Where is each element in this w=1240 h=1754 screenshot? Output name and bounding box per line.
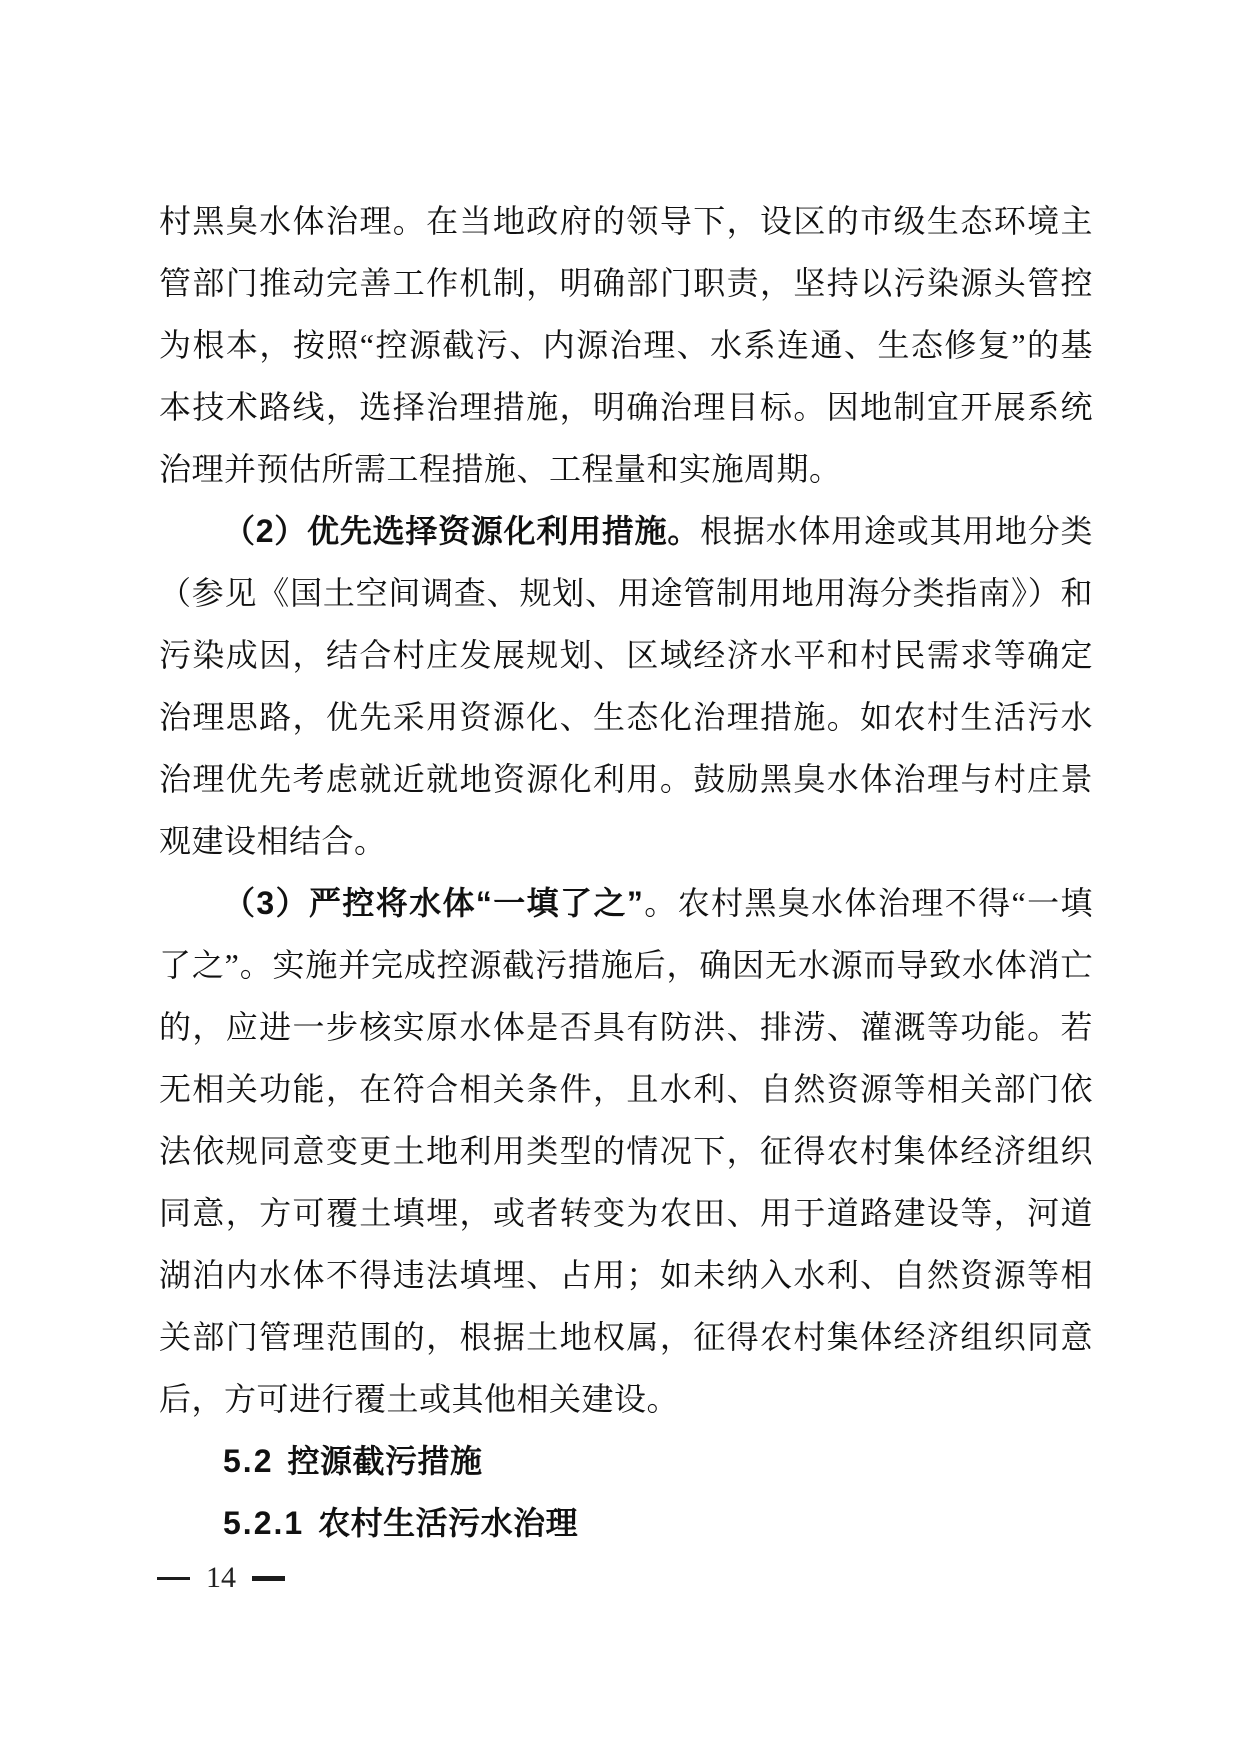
paragraph-item-3: （3）严控将水体“一填了之”。农村黑臭水体治理不得“一填了之”。实施并完成控源截… <box>159 872 1093 1430</box>
paragraph-1-text: 村黑臭水体治理。在当地政府的领导下，设区的市级生态环境主管部门推动完善工作机制，… <box>159 203 1093 487</box>
paragraph-3-text: 。农村黑臭水体治理不得“一填了之”。实施并完成控源截污措施后，确因无水源而导致水… <box>159 885 1093 1417</box>
page-number: 14 <box>206 1563 236 1593</box>
paragraph-2-text: 根据水体用途或其用地分类（参见《国土空间调查、规划、用途管制用地用海分类指南》）… <box>159 513 1093 859</box>
document-body: 村黑臭水体治理。在当地政府的领导下，设区的市级生态环境主管部门推动完善工作机制，… <box>159 190 1093 1554</box>
document-page: 村黑臭水体治理。在当地政府的领导下，设区的市级生态环境主管部门推动完善工作机制，… <box>0 0 1240 1754</box>
section-number: 5.2 <box>223 1443 273 1479</box>
subsection-heading-5-2-1: 5.2.1农村生活污水治理 <box>159 1492 1093 1554</box>
footer-dash-left-icon <box>157 1577 190 1580</box>
section-heading-5-2: 5.2控源截污措施 <box>159 1430 1093 1492</box>
subsection-number: 5.2.1 <box>223 1505 304 1541</box>
paragraph-item-2: （2）优先选择资源化利用措施。根据水体用途或其用地分类（参见《国土空间调查、规划… <box>159 500 1093 872</box>
paragraph-continuation: 村黑臭水体治理。在当地政府的领导下，设区的市级生态环境主管部门推动完善工作机制，… <box>159 190 1093 500</box>
subsection-title: 农村生活污水治理 <box>318 1505 578 1541</box>
page-footer: 14 <box>157 1558 285 1598</box>
section-title: 控源截污措施 <box>287 1443 482 1479</box>
footer-dash-right-icon <box>252 1576 285 1581</box>
paragraph-2-lead: （2）优先选择资源化利用措施。 <box>223 513 700 549</box>
paragraph-3-lead: （3）严控将水体“一填了之” <box>223 885 643 921</box>
